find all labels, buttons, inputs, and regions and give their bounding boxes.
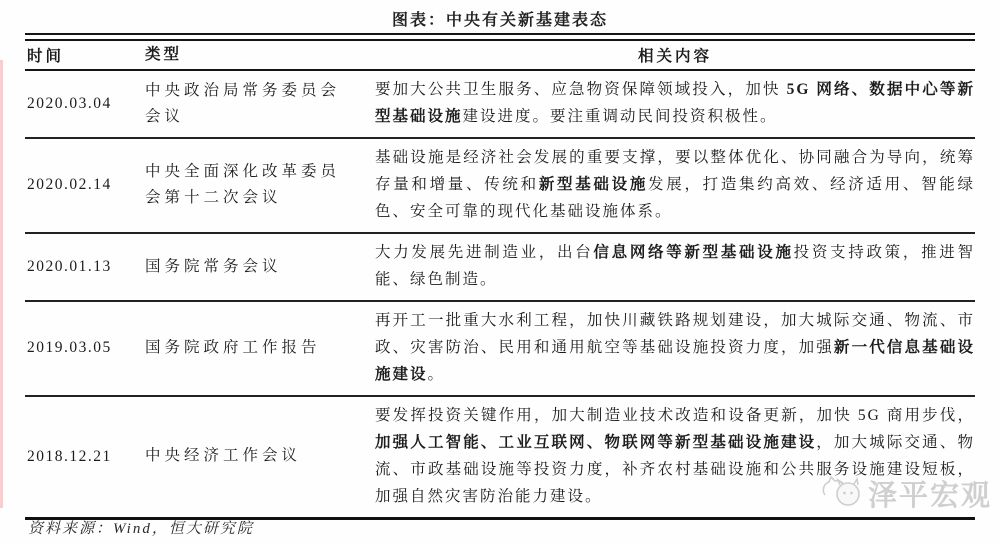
row-date: 2020.01.13 (25, 240, 145, 294)
header-type: 类型 (145, 42, 375, 68)
content-text: 要发挥投资关键作用，加大制造业技术改造和设备更新，加快 5G 商用步伐， (375, 407, 975, 424)
table-top-rule (25, 33, 975, 41)
watermark-text: 泽平宏观 (868, 473, 992, 514)
row-date: 2018.12.21 (25, 403, 145, 511)
table-row: 2020.01.13 国务院常务会议 大力发展先进制造业，出台信息网络等新型基础… (25, 234, 975, 302)
row-type: 中央经济工作会议 (145, 403, 375, 511)
content-text: 建设进度。要注重调动民间投资积极性。 (463, 108, 778, 125)
row-date: 2020.02.14 (25, 145, 145, 226)
content-text: 大力发展先进制造业，出台 (375, 244, 593, 261)
content-emphasis: 信息网络等新型基础设施 (593, 244, 793, 261)
content-text: 。 (428, 366, 446, 383)
row-date: 2019.03.05 (25, 308, 145, 389)
row-content: 要加大公共卫生服务、应急物资保障领域投入，加快 5G 网络、数据中心等新型基础设… (375, 77, 975, 131)
content-emphasis: 新型基础设施 (539, 176, 648, 193)
page-title: 图表：中央有关新基建表态 (0, 0, 1000, 30)
row-date: 2020.03.04 (25, 77, 145, 131)
row-content: 大力发展先进制造业，出台信息网络等新型基础设施投资支持政策，推进智能、绿色制造。 (375, 240, 975, 294)
table-header-row: 时间 类型 相关内容 (25, 41, 975, 71)
row-content: 再开工一批重大水利工程，加快川藏铁路规划建设，加大城际交通、物流、市政、灾害防治… (375, 308, 975, 389)
row-content: 基础设施是经济社会发展的重要支撑，要以整体优化、协同融合为导向，统筹存量和增量、… (375, 145, 975, 226)
content-text: 要加大公共卫生服务、应急物资保障领域投入，加快 (375, 81, 787, 98)
table-row: 2020.02.14 中央全面深化改革委员会第十二次会议 基础设施是经济社会发展… (25, 139, 975, 234)
mascot-logo-icon (821, 473, 865, 514)
table-body: 2020.03.04 中央政治局常务委员会会议 要加大公共卫生服务、应急物资保障… (25, 71, 975, 520)
row-type: 国务院常务会议 (145, 240, 375, 294)
content-emphasis: 加强人工智能、工业互联网、物联网等新型基础设施建设 (375, 434, 816, 451)
row-type: 中央全面深化改革委员会第十二次会议 (145, 145, 375, 226)
left-edge-artifact (0, 60, 3, 508)
table-row: 2020.03.04 中央政治局常务委员会会议 要加大公共卫生服务、应急物资保障… (25, 71, 975, 139)
header-content: 相关内容 (375, 44, 975, 66)
brand-watermark: 泽平宏观 (821, 473, 992, 514)
statements-table: 时间 类型 相关内容 2020.03.04 中央政治局常务委员会会议 要加大公共… (25, 33, 975, 520)
table-row: 2019.03.05 国务院政府工作报告 再开工一批重大水利工程，加快川藏铁路规… (25, 302, 975, 397)
row-type: 国务院政府工作报告 (145, 308, 375, 389)
report-table-page: 图表：中央有关新基建表态 时间 类型 相关内容 2020.03.04 中央政治局… (0, 0, 1000, 545)
source-note: 资料来源：Wind，恒大研究院 (28, 517, 254, 538)
header-time: 时间 (25, 44, 145, 66)
row-type: 中央政治局常务委员会会议 (145, 77, 375, 131)
